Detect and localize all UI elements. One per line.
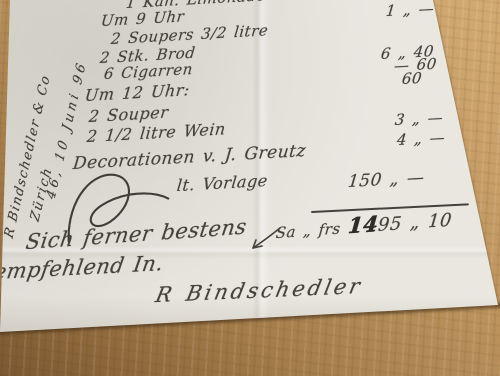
line-item-amount: 60 bbox=[401, 69, 423, 88]
total-amount: Sa „ frs 1495 „ 10 bbox=[275, 206, 453, 244]
line-item-label: Um 12 Uhr: bbox=[84, 80, 191, 105]
photo-scene: 1 Kan. Limonade1 „ —Um 9 Uhr2 Soupers 3/… bbox=[0, 0, 500, 376]
line-item-label: lt. Vorlage bbox=[176, 171, 269, 195]
signature: R Bindschedler bbox=[154, 274, 365, 307]
line-item-label: 6 Cigarren bbox=[103, 60, 194, 83]
line-item-amount: 1 „ — bbox=[385, 0, 435, 20]
line-item-amount: 4 „ — bbox=[396, 128, 446, 149]
total-rest-digits: 95 „ 10 bbox=[377, 210, 453, 236]
closing-line-2: empfehlend In. bbox=[0, 251, 165, 284]
line-item-amount: 150 „ — bbox=[347, 168, 425, 192]
line-item-amount: 3 „ — bbox=[394, 108, 444, 129]
total-bold-digits: 14 bbox=[347, 211, 379, 238]
total-prefix: Sa „ frs bbox=[275, 219, 341, 242]
